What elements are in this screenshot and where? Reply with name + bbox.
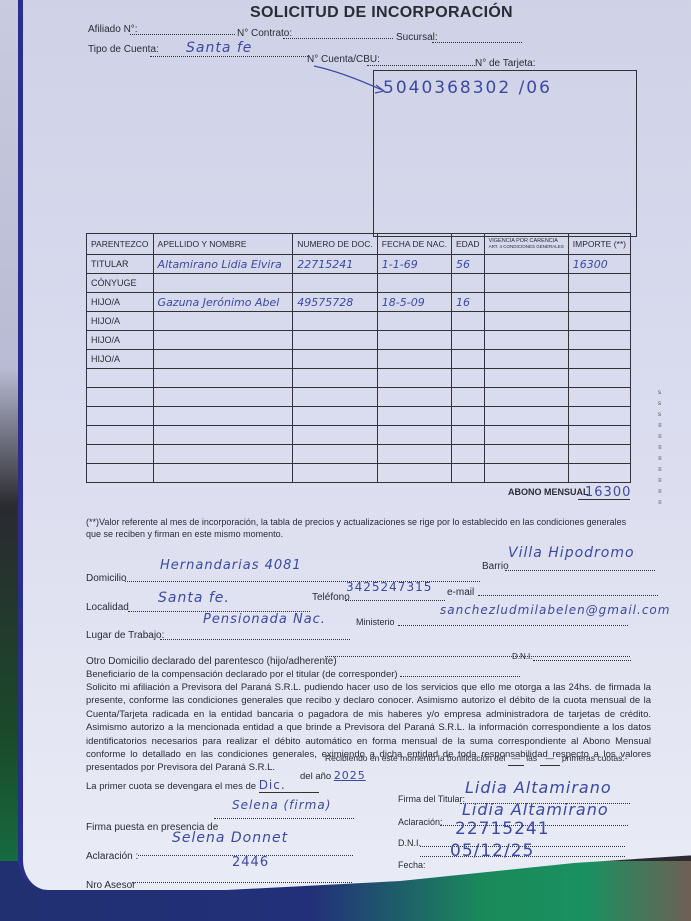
email-label: e-mail	[447, 587, 474, 598]
dni-contact-label: D.N.I.	[512, 652, 532, 661]
cell-vigencia[interactable]	[484, 464, 568, 483]
primer-cuota-line: La primer cuota se devengara el mes de D…	[86, 779, 319, 793]
cell-nombre[interactable]	[153, 331, 293, 350]
cell-doc[interactable]	[293, 388, 378, 407]
cell-nombre[interactable]	[153, 464, 293, 483]
cell-vigencia[interactable]	[484, 388, 568, 407]
col-doc: NUMERO DE DOC.	[293, 234, 378, 255]
cell-parentezco	[87, 445, 154, 464]
cell-nac[interactable]	[377, 274, 451, 293]
cell-doc[interactable]	[293, 312, 378, 331]
anio-label: del año	[300, 771, 331, 782]
table-header-row: PARENTEZCO APELLIDO Y NOMBRE NUMERO DE D…	[87, 234, 631, 255]
table-row	[87, 464, 631, 483]
email-value: sanchezludmilabelen@gmail.com	[440, 598, 660, 622]
cell-nac[interactable]	[377, 445, 451, 464]
cell-nac[interactable]	[377, 426, 451, 445]
bonificacion-prefix: Recibiendo en este momento la bonificaci…	[325, 753, 506, 763]
col-importe: IMPORTE (**)	[568, 234, 630, 255]
form-title: SOLICITUD DE INCORPORACIÓN	[250, 4, 513, 22]
cell-doc[interactable]: 22715241	[293, 255, 378, 274]
col-edad: EDAD	[451, 234, 484, 255]
cell-importe[interactable]	[568, 388, 630, 407]
cell-doc[interactable]	[293, 445, 378, 464]
cell-vigencia[interactable]	[484, 445, 568, 464]
table-row: HIJO/A	[87, 331, 631, 350]
table-row	[87, 369, 631, 388]
table-row: HIJO/A	[87, 350, 631, 369]
nro-asesor-value: 2446	[232, 855, 269, 870]
domicilio-label: Domicilio	[86, 573, 127, 584]
sucursal-field[interactable]	[432, 42, 522, 43]
tarjeta-value: 5040368302 /06	[383, 78, 552, 98]
arrow-icon	[312, 62, 392, 102]
cell-importe[interactable]	[568, 350, 630, 369]
cell-edad[interactable]	[451, 426, 484, 445]
cell-nombre[interactable]	[153, 426, 293, 445]
table-row: HIJO/A	[87, 312, 631, 331]
cell-nombre[interactable]: Gazuna Jerónimo Abel	[153, 293, 293, 312]
cell-parentezco: HIJO/A	[87, 312, 154, 331]
cell-parentezco: HIJO/A	[87, 331, 154, 350]
cell-nombre[interactable]	[153, 369, 293, 388]
cell-nombre[interactable]	[153, 350, 293, 369]
cell-vigencia[interactable]	[484, 426, 568, 445]
col-nac: FECHA DE NAC.	[377, 234, 451, 255]
barrio-field[interactable]	[505, 570, 655, 571]
cell-edad[interactable]: 16	[451, 293, 484, 312]
table-row	[87, 445, 631, 464]
cell-vigencia[interactable]	[484, 407, 568, 426]
cell-nombre[interactable]	[153, 445, 293, 464]
col-nombre: APELLIDO Y NOMBRE	[153, 234, 293, 255]
cell-parentezco	[87, 464, 154, 483]
cell-importe[interactable]	[568, 369, 630, 388]
table-row: HIJO/AGazuna Jerónimo Abel4957572818-5-0…	[87, 293, 631, 312]
cell-edad[interactable]	[451, 464, 484, 483]
side-edge-marks: sss≡≡≡≡≡≡≡≡	[658, 388, 666, 509]
bonificacion-suffix: primeras cuotas.-	[562, 753, 628, 763]
tarjeta-label: N° de Tarjeta:	[475, 58, 536, 69]
cell-edad[interactable]: 56	[451, 255, 484, 274]
cell-importe[interactable]	[568, 426, 630, 445]
family-table: PARENTEZCO APELLIDO Y NOMBRE NUMERO DE D…	[86, 233, 631, 483]
cell-doc[interactable]	[293, 350, 378, 369]
cell-nombre[interactable]	[153, 312, 293, 331]
bonificacion-mid: las	[526, 753, 537, 763]
cell-importe[interactable]	[568, 331, 630, 350]
cell-doc[interactable]: 49575728	[293, 293, 378, 312]
fecha-value: 05/12/25	[450, 841, 534, 861]
cell-parentezco: CÓNYUGE	[87, 274, 154, 293]
cell-parentezco: TITULAR	[87, 255, 154, 274]
lugar-trabajo-field[interactable]	[160, 639, 350, 640]
cell-nombre[interactable]: Altamirano Lidia Elvira	[153, 255, 293, 274]
table-row	[87, 426, 631, 445]
abono-label: ABONO MENSUAL	[508, 487, 589, 497]
cell-vigencia[interactable]	[484, 293, 568, 312]
cell-importe[interactable]: 16300	[568, 255, 630, 274]
dni-contact-field[interactable]	[533, 660, 631, 661]
cell-nombre[interactable]	[153, 274, 293, 293]
cell-vigencia[interactable]	[484, 369, 568, 388]
cell-edad[interactable]	[451, 350, 484, 369]
telefono-label: Teléfono	[312, 592, 350, 603]
cell-importe[interactable]	[568, 445, 630, 464]
ministerio-label: Ministerio	[356, 617, 395, 627]
cell-vigencia[interactable]	[484, 350, 568, 369]
localidad-value: Santa fe.	[158, 590, 230, 606]
abono-value: 16300	[585, 485, 631, 500]
aclaracion-left-label: Aclaración :	[86, 851, 138, 862]
cell-nac[interactable]	[377, 464, 451, 483]
anio-line: del año 2025	[300, 769, 366, 783]
cell-doc[interactable]	[293, 464, 378, 483]
anio-value[interactable]: 2025	[334, 769, 366, 782]
lugar-trabajo-value: Pensionada Nac.	[203, 612, 326, 627]
firma-titular-value: Lidia Altamirano	[465, 778, 612, 797]
cell-doc[interactable]	[293, 369, 378, 388]
ministerio-field[interactable]	[398, 625, 628, 626]
nro-asesor-field[interactable]	[132, 882, 352, 883]
cell-vigencia[interactable]	[484, 331, 568, 350]
cell-parentezco	[87, 388, 154, 407]
cell-parentezco	[87, 369, 154, 388]
aclaracion-right-value: Lidia Altamirano	[462, 800, 609, 819]
cell-nombre[interactable]	[153, 407, 293, 426]
col-parentezco: PARENTEZCO	[87, 234, 154, 255]
cell-parentezco: HIJO/A	[87, 293, 154, 312]
aclaracion-right-label: Aclaración:	[398, 817, 443, 827]
tipo-cuenta-label: Tipo de Cuenta:	[88, 44, 159, 55]
email-field[interactable]	[478, 595, 658, 596]
cell-edad[interactable]	[451, 312, 484, 331]
otro-domicilio-field[interactable]	[325, 656, 630, 657]
bonificacion-pct-field[interactable]: —	[508, 752, 524, 766]
aclaracion-left-value: Selena Donnet	[172, 830, 288, 846]
dni-titular-value: 22715241	[455, 819, 550, 839]
cell-nac[interactable]: 1-1-69	[377, 255, 451, 274]
table-row	[87, 407, 631, 426]
cell-vigencia[interactable]	[484, 255, 568, 274]
cell-importe[interactable]	[568, 407, 630, 426]
beneficiario-field[interactable]	[400, 676, 520, 677]
cell-nac[interactable]	[377, 388, 451, 407]
afiliado-field[interactable]	[130, 34, 235, 35]
cell-nac[interactable]	[377, 350, 451, 369]
cell-doc[interactable]	[293, 274, 378, 293]
nro-asesor-label: Nro Asesor	[86, 880, 135, 891]
primer-cuota-label: La primer cuota se devengara el mes de	[86, 781, 256, 792]
cell-nombre[interactable]	[153, 388, 293, 407]
table-row: CÓNYUGE	[87, 274, 631, 293]
telefono-value: 3425247315	[346, 580, 432, 594]
col-vigencia-sub: ART. 4 CONDICIONES GENERALES	[489, 244, 564, 250]
localidad-label: Localidad	[86, 602, 129, 613]
cell-doc[interactable]	[293, 331, 378, 350]
cell-nac[interactable]	[377, 312, 451, 331]
cell-nac[interactable]	[377, 369, 451, 388]
bonificacion-cuotas-field[interactable]: —	[540, 752, 560, 766]
cell-doc[interactable]	[293, 426, 378, 445]
domicilio-value: Hernandarias 4081	[160, 558, 302, 573]
cell-parentezco	[87, 426, 154, 445]
firma-presencia-value: Selena (firma)	[232, 798, 331, 812]
cell-vigencia[interactable]	[484, 274, 568, 293]
contrato-field[interactable]	[283, 38, 393, 39]
beneficiario-line: Beneficiario de la compensación declarad…	[86, 668, 520, 681]
cell-edad[interactable]	[451, 388, 484, 407]
tipo-cuenta-value: Santa fe	[186, 40, 252, 56]
cell-edad[interactable]	[451, 407, 484, 426]
tipo-cuenta-field[interactable]	[150, 56, 308, 57]
barrio-value: Villa Hipodromo	[508, 545, 635, 561]
dni-titular-label: D.N.I.	[398, 838, 421, 848]
fecha-label: Fecha:	[398, 860, 426, 870]
cell-parentezco: HIJO/A	[87, 350, 154, 369]
cell-importe[interactable]	[568, 293, 630, 312]
cell-importe[interactable]	[568, 464, 630, 483]
lugar-trabajo-label: Lugar de Trabajo:	[86, 630, 164, 641]
cell-edad[interactable]	[451, 274, 484, 293]
beneficiario-label: Beneficiario de la compensación declarad…	[86, 669, 398, 680]
table-row	[87, 388, 631, 407]
cell-parentezco	[87, 407, 154, 426]
firma-presencia-field[interactable]	[214, 818, 354, 819]
col-vigencia: VIGENCIA POR CARENCIA ART. 4 CONDICIONES…	[484, 234, 568, 255]
cell-doc[interactable]	[293, 407, 378, 426]
cell-edad[interactable]	[451, 331, 484, 350]
cell-nac[interactable]	[377, 407, 451, 426]
otro-domicilio-label: Otro Domicilio declarado del parentesco …	[86, 656, 337, 667]
cell-edad[interactable]	[451, 445, 484, 464]
firma-titular-label: Firma del Titular:	[398, 794, 465, 804]
footnote: (**)Valor referente al mes de incorporac…	[86, 516, 636, 540]
table-row: TITULARAltamirano Lidia Elvira227152411-…	[87, 255, 631, 274]
cell-importe[interactable]	[568, 274, 630, 293]
cell-vigencia[interactable]	[484, 312, 568, 331]
telefono-field[interactable]	[345, 600, 445, 601]
cell-nac[interactable]	[377, 331, 451, 350]
bonificacion-line: Recibiendo en este momento la bonificaci…	[325, 752, 655, 766]
cell-edad[interactable]	[451, 369, 484, 388]
cell-nac[interactable]: 18-5-09	[377, 293, 451, 312]
cell-importe[interactable]	[568, 312, 630, 331]
